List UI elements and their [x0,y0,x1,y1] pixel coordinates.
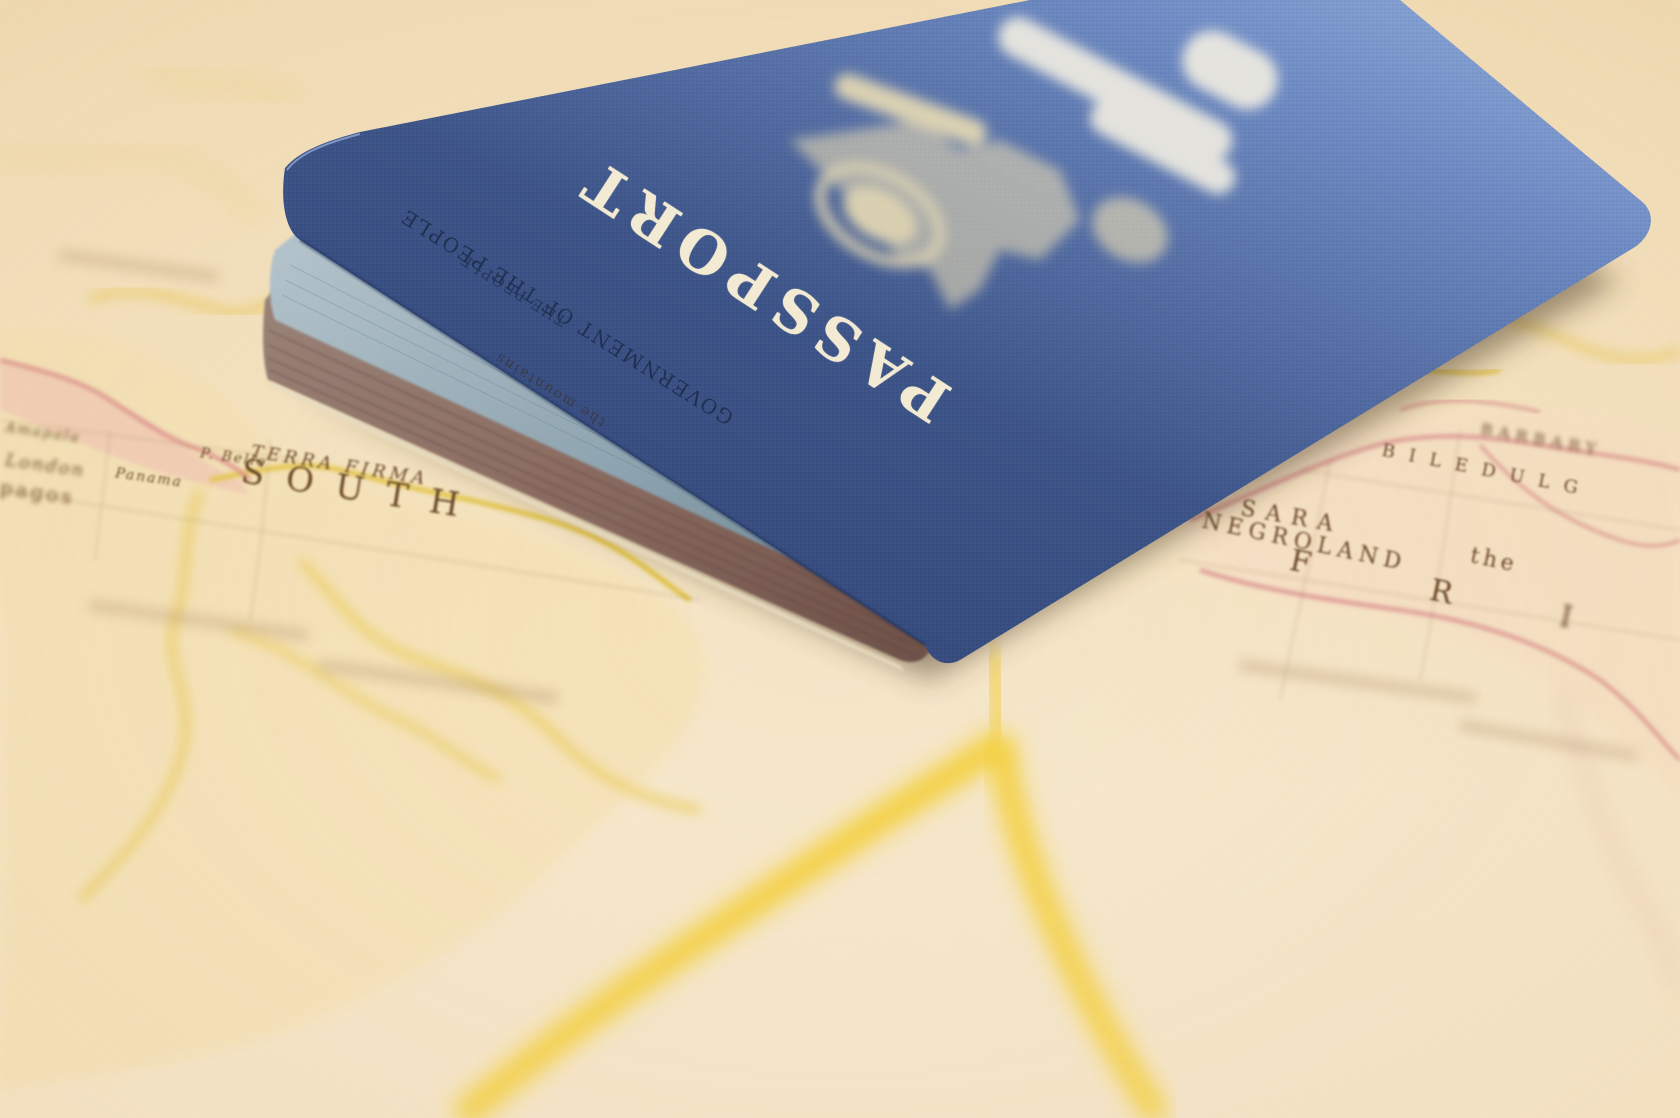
photo-scene: SOUTH TERRA FIRMA SARA NEGROLAND the BIL… [0,0,1680,1118]
map-lines [0,0,1680,1118]
antique-map: SOUTH TERRA FIRMA SARA NEGROLAND the BIL… [0,0,1680,1118]
